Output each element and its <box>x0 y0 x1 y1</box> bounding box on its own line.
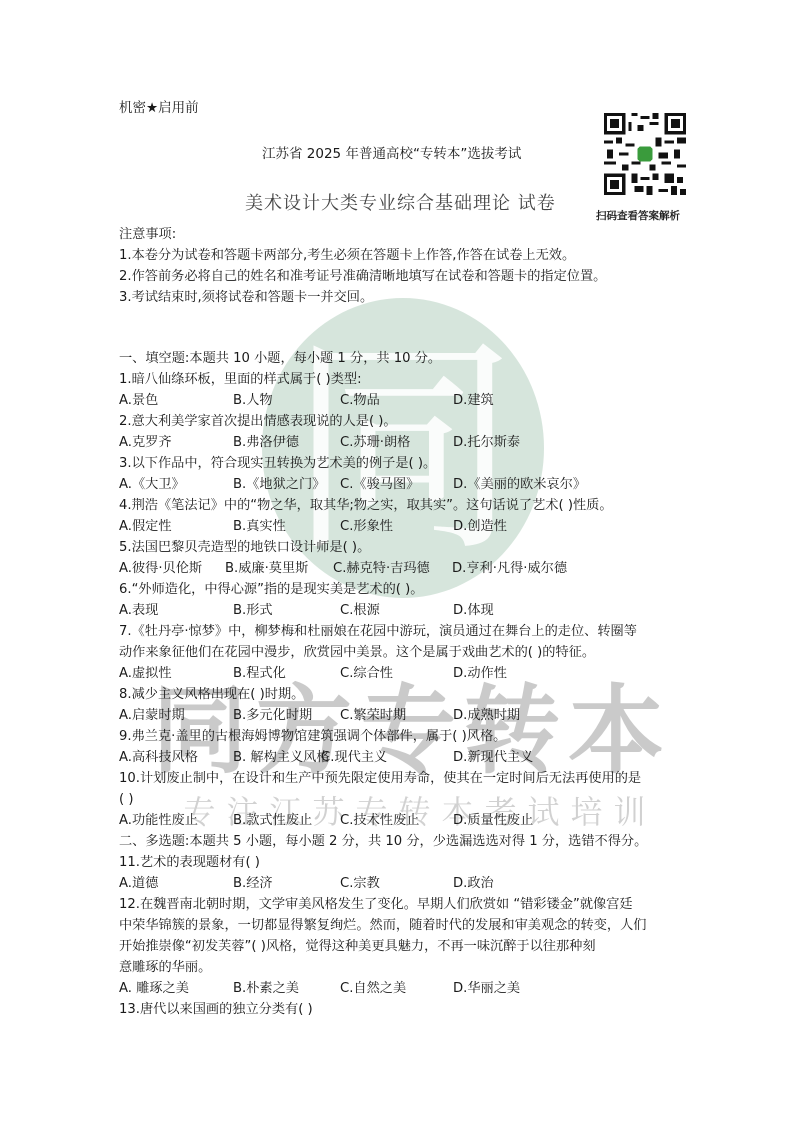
option-b: B.款式性废止 <box>233 813 312 829</box>
question-stem: 11.艺术的表现题材有( ) <box>119 855 260 871</box>
option-b: B.程式化 <box>233 666 286 682</box>
option-d: D.动作性 <box>453 666 507 682</box>
option-b: B.人物 <box>233 393 273 409</box>
option-a: A.景色 <box>119 393 158 409</box>
option-c: C.《骏马图》 <box>340 477 419 493</box>
question-options: A.表现 B.形式 C.根源 D.体现 <box>119 603 679 619</box>
option-b: B. 解构主义风格 <box>233 750 330 766</box>
option-d: D.托尔斯泰 <box>453 435 520 451</box>
option-b: B.威廉·莫里斯 <box>225 561 308 577</box>
option-d: D.创造性 <box>453 519 507 535</box>
option-d: D.质量性废止 <box>453 813 533 829</box>
option-c: C.赫克特·吉玛德 <box>333 561 430 577</box>
question-stem: 9.弗兰克·盖里的古根海姆博物馆建筑强调个体部件，属于( )风格。 <box>119 729 506 745</box>
question-options: A.启蒙时期 B.多元化时期 C.繁荣时期 D.成熟时期 <box>119 708 679 724</box>
option-a: A.高科技风格 <box>119 750 198 766</box>
option-c: C.繁荣时期 <box>340 708 406 724</box>
option-a: A. 雕琢之美 <box>119 981 189 997</box>
question-stem: 3.以下作品中，符合现实丑转换为艺术美的例子是( )。 <box>119 456 436 472</box>
option-d: D.《美丽的欧米哀尔》 <box>453 477 586 493</box>
section-title: 一、填空题:本题共 10 小题，每小题 1 分，共 10 分。 <box>119 351 441 367</box>
option-b: B.朴素之美 <box>233 981 299 997</box>
question-options: A.克罗齐 B.弗洛伊德 C.苏珊·朗格 D.托尔斯泰 <box>119 435 679 451</box>
question-stem: 10.计划废止制中，在设计和生产中预先限定使用寿命，使其在一定时间后无法再使用的… <box>119 771 641 787</box>
question-stem: 7.《牡丹亭·惊梦》中，柳梦梅和杜丽娘在花园中游玩，演员通过在舞台上的走位、转圈… <box>119 624 637 640</box>
question-options: A. 雕琢之美 B.朴素之美 C.自然之美 D.华丽之美 <box>119 981 679 997</box>
question-stem: 1.暗八仙绦环板，里面的样式属于( )类型: <box>119 372 362 388</box>
qr-caption: 扫码查看答案解析 <box>596 208 680 223</box>
option-b: B.经济 <box>233 876 273 892</box>
question-options: A.高科技风格 B. 解构主义风格 C.现代主义 D.新现代主义 <box>119 750 679 766</box>
option-d: D.新现代主义 <box>453 750 533 766</box>
question-stem: 8.减少主义风格出现在( )时期。 <box>119 687 304 703</box>
option-c: C.现代主义 <box>321 750 387 766</box>
option-c: C.物品 <box>340 393 380 409</box>
question-stem: 4.荆浩《笔法记》中的“物之华，取其华;物之实，取其实”。这句话说了艺术( )性… <box>119 498 613 514</box>
option-c: C.根源 <box>340 603 380 619</box>
question-options: A.假定性 B.真实性 C.形象性 D.创造性 <box>119 519 679 535</box>
option-d: D.亨利·凡得·威尔德 <box>452 561 567 577</box>
question-options: A.功能性废止 B.款式性废止 C.技术性废止 D.质量性废止 <box>119 813 679 829</box>
option-b: B.弗洛伊德 <box>233 435 299 451</box>
option-c: C.自然之美 <box>340 981 406 997</box>
option-b: B.真实性 <box>233 519 286 535</box>
option-a: A.启蒙时期 <box>119 708 185 724</box>
question-stem: 2.意大利美学家首次提出情感表现说的人是( )。 <box>119 414 397 430</box>
option-a: A.功能性废止 <box>119 813 198 829</box>
option-a: A.彼得·贝伦斯 <box>119 561 202 577</box>
option-a: A.克罗齐 <box>119 435 172 451</box>
option-d: D.建筑 <box>453 393 494 409</box>
question-stem: ( ) <box>119 792 133 808</box>
section-title: 二、多选题:本题共 5 小题，每小题 2 分，共 10 分，少选漏选选对得 1 … <box>119 834 647 850</box>
notes-item: 1.本卷分为试卷和答题卡两部分,考生必须在答题卡上作答,作答在试卷上无效。 <box>119 248 575 264</box>
option-c: C.宗教 <box>340 876 380 892</box>
option-a: A.假定性 <box>119 519 172 535</box>
question-stem: 中荣华锦簇的景象，一切都显得繁复绚烂。然而，随着时代的发展和审美观念的转变，人们 <box>119 918 647 934</box>
option-c: C.技术性废止 <box>340 813 419 829</box>
option-d: D.体现 <box>453 603 494 619</box>
question-stem: 开始推崇像“初发芙蓉”( )风格，觉得这种美更具魅力，不再一味沉醉于以往那种刻 <box>119 939 596 955</box>
paper-title: 美术设计大类专业综合基础理论 试卷 <box>245 189 556 215</box>
question-options: A.彼得·贝伦斯 B.威廉·莫里斯 C.赫克特·吉玛德 D.亨利·凡得·威尔德 <box>119 561 679 577</box>
option-c: C.形象性 <box>340 519 393 535</box>
option-a: A.道德 <box>119 876 158 892</box>
question-stem: 12.在魏晋南北朝时期，文学审美风格发生了变化。早期人们欣赏如 “错彩镂金”就像… <box>119 897 633 913</box>
option-b: B.多元化时期 <box>233 708 312 724</box>
question-stem: 13.唐代以来国画的独立分类有( ) <box>119 1002 313 1018</box>
question-stem: 5.法国巴黎贝壳造型的地铁口设计师是( )。 <box>119 540 370 556</box>
question-options: A.道德 B.经济 C.宗教 D.政治 <box>119 876 679 892</box>
option-c: C.苏珊·朗格 <box>340 435 410 451</box>
notes-item: 2.作答前务必将自己的姓名和准考证号准确清晰地填写在试卷和答题卡的指定位置。 <box>119 269 606 285</box>
question-stem: 意雕琢的华丽。 <box>119 960 211 976</box>
option-d: D.成熟时期 <box>453 708 520 724</box>
option-b: B.《地狱之门》 <box>233 477 325 493</box>
question-stem: 6.“外师造化，中得心源”指的是现实美是艺术的( )。 <box>119 582 423 598</box>
option-a: A.《大卫》 <box>119 477 185 493</box>
option-c: C.综合性 <box>340 666 393 682</box>
question-options: A.景色 B.人物 C.物品 D.建筑 <box>119 393 679 409</box>
option-b: B.形式 <box>233 603 273 619</box>
question-options: A.《大卫》 B.《地狱之门》 C.《骏马图》 D.《美丽的欧米哀尔》 <box>119 477 679 493</box>
notes-title: 注意事项: <box>119 227 176 243</box>
option-d: D.政治 <box>453 876 494 892</box>
confidential-label: 机密★启用前 <box>119 96 199 116</box>
qr-code-icon[interactable] <box>601 110 689 198</box>
option-d: D.华丽之美 <box>453 981 520 997</box>
option-a: A.表现 <box>119 603 158 619</box>
notes-item: 3.考试结束时,须将试卷和答题卡一并交回。 <box>119 290 373 306</box>
option-a: A.虚拟性 <box>119 666 172 682</box>
exam-page: 同 同方专转本 专注江苏专转本考试培训 扫码查看答案解析 机密★启用前 江苏省 … <box>0 0 800 1132</box>
question-stem: 动作来象征他们在花园中漫步，欣赏园中美景。这个是属于戏曲艺术的( )的特征。 <box>119 645 595 661</box>
exam-title: 江苏省 2025 年普通高校“专转本”选拔考试 <box>262 142 521 162</box>
question-options: A.虚拟性 B.程式化 C.综合性 D.动作性 <box>119 666 679 682</box>
